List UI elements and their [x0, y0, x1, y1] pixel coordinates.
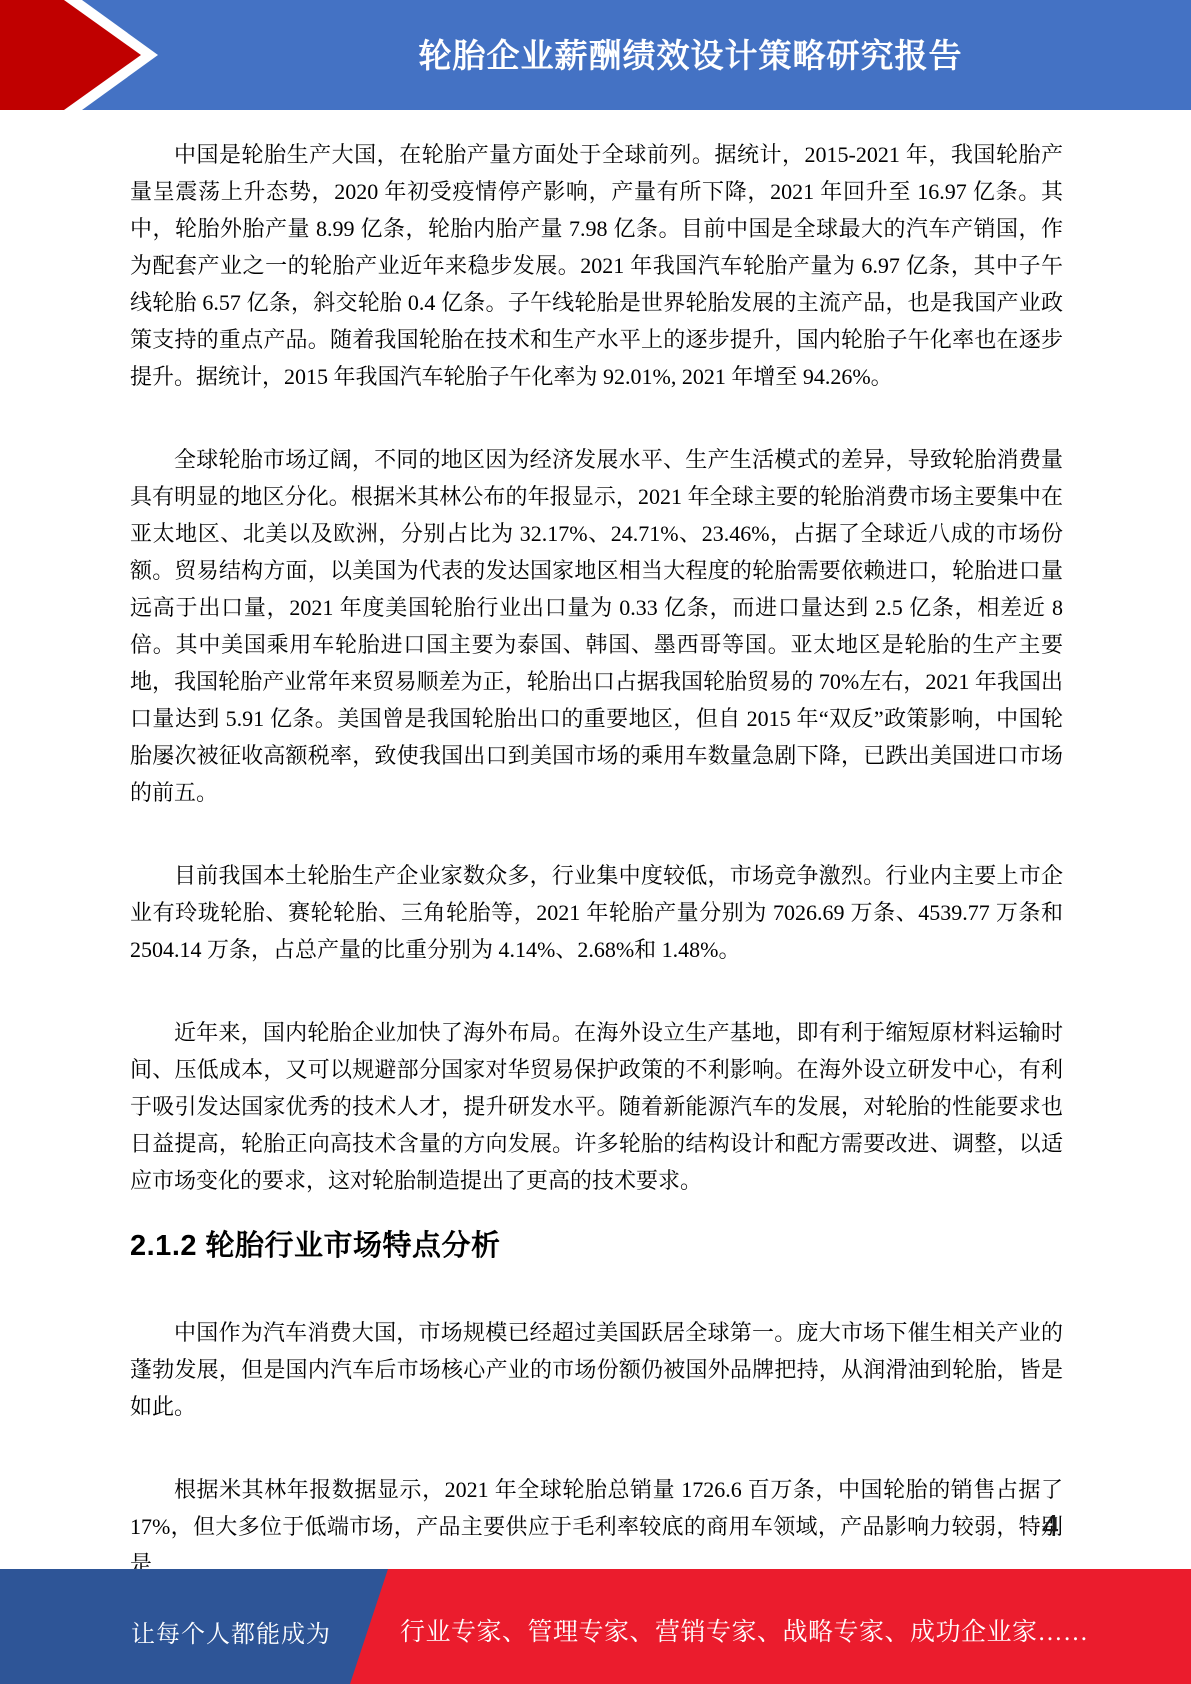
footer-slogan-left: 让每个人都能成为 [131, 1614, 331, 1649]
paragraph-michelin-report: 根据米其林年报数据显示，2021 年全球轮胎总销量 1726.6 百万条，中国轮… [130, 1471, 1063, 1582]
footer-slogan-right: 行业专家、管理专家、营销专家、战略专家、成功企业家…… [400, 1612, 1089, 1648]
report-page: 轮胎企业薪酬绩效设计策略研究报告 中国是轮胎生产大国，在轮胎产量方面处于全球前列… [0, 0, 1191, 1684]
paragraph-domestic-companies: 目前我国本土轮胎生产企业家数众多，行业集中度较低，市场竞争激烈。行业内主要上市企… [130, 857, 1063, 968]
header-banner: 轮胎企业薪酬绩效设计策略研究报告 [0, 0, 1191, 110]
footer-banner: 让每个人都能成为 行业专家、管理专家、营销专家、战略专家、成功企业家…… [0, 1569, 1191, 1684]
paragraph-tire-production: 中国是轮胎生产大国，在轮胎产量方面处于全球前列。据统计，2015-2021 年，… [130, 136, 1063, 395]
document-body: 中国是轮胎生产大国，在轮胎产量方面处于全球前列。据统计，2015-2021 年，… [130, 110, 1063, 1628]
paragraph-china-consumption: 中国作为汽车消费大国，市场规模已经超过美国跃居全球第一。庞大市场下催生相关产业的… [130, 1314, 1063, 1425]
section-heading: 2.1.2 轮胎行业市场特点分析 [130, 1225, 1063, 1267]
page-title: 轮胎企业薪酬绩效设计策略研究报告 [190, 30, 1191, 77]
paragraph-global-market: 全球轮胎市场辽阔，不同的地区因为经济发展水平、生产生活模式的差异，导致轮胎消费量… [130, 441, 1063, 811]
paragraph-overseas-layout: 近年来，国内轮胎企业加快了海外布局。在海外设立生产基地，即有利于缩短原材料运输时… [130, 1014, 1063, 1199]
page-number: 4 [1042, 1508, 1059, 1544]
